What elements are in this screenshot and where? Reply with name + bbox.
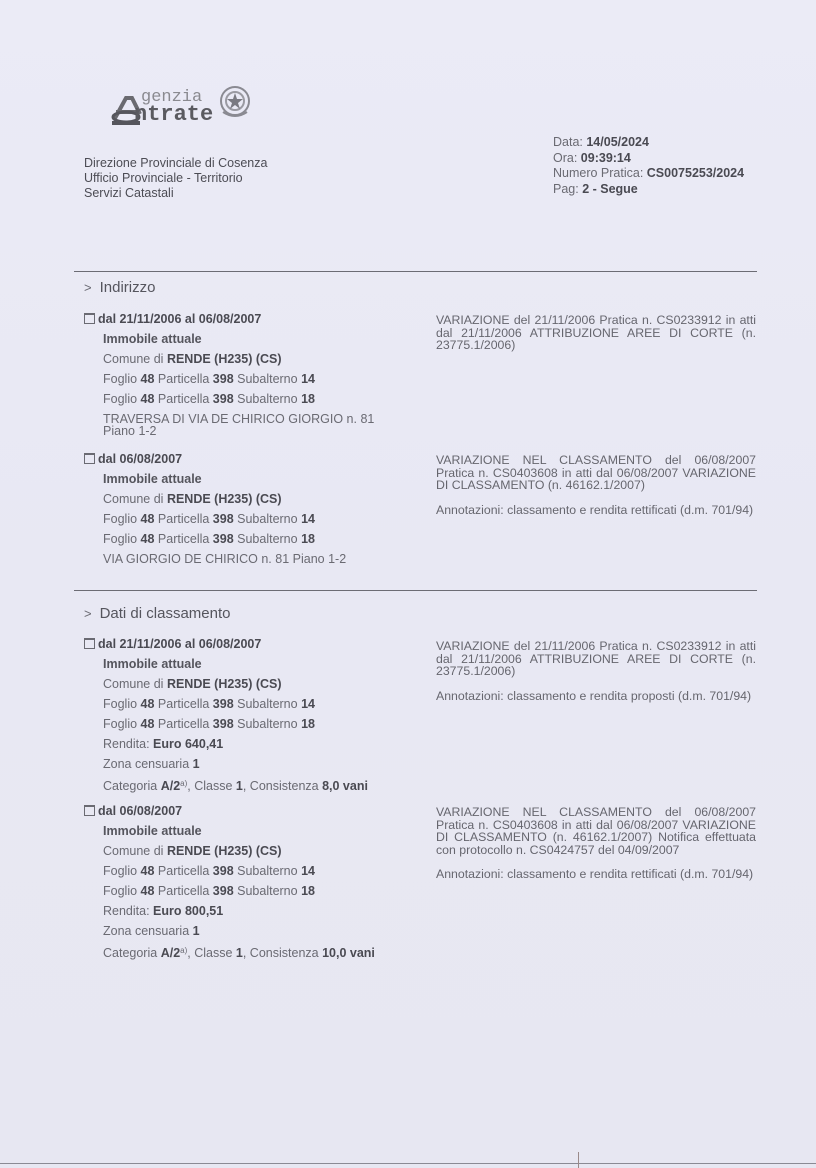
- chevron-right-icon: >: [84, 606, 92, 621]
- section-divider: [74, 271, 757, 272]
- office-block: Direzione Provinciale di Cosenza Ufficio…: [84, 156, 267, 201]
- section-title-classamento: >Dati di classamento: [84, 605, 231, 622]
- indirizzo-entry-1-notes: VARIAZIONE del 21/11/2006 Pratica n. CS0…: [436, 314, 756, 364]
- entry-variazione: VARIAZIONE NEL CLASSAMENTO del 06/08/200…: [436, 806, 756, 856]
- entry-period: dal 06/08/2007: [84, 801, 414, 821]
- entry-address: VIA GIORGIO DE CHIRICO n. 81 Piano 1-2: [84, 549, 414, 569]
- meta-ora-label: Ora:: [553, 151, 581, 165]
- entry-categoria: Categoria A/2a), Classe 1, Consistenza 8…: [84, 774, 414, 796]
- section-title-indirizzo: >Indirizzo: [84, 279, 155, 296]
- calendar-icon: [84, 453, 95, 464]
- entry-status: Immobile attuale: [84, 654, 414, 674]
- entry-parcel: Foglio 48 Particella 398 Subalterno 18: [84, 881, 414, 901]
- entry-comune: Comune di RENDE (H235) (CS): [84, 841, 414, 861]
- entry-annotazioni: Annotazioni: classamento e rendita propo…: [436, 690, 756, 703]
- entry-parcel: Foglio 48 Particella 398 Subalterno 14: [84, 369, 414, 389]
- meta-pratica-value: CS0075253/2024: [647, 166, 744, 180]
- office-servizi: Servizi Catastali: [84, 186, 267, 201]
- entry-annotazioni: Annotazioni: classamento e rendita retti…: [436, 504, 756, 517]
- indirizzo-entry-1: dal 21/11/2006 al 06/08/2007 Immobile at…: [84, 309, 414, 437]
- entry-period: dal 21/11/2006 al 06/08/2007: [84, 309, 414, 329]
- document-page: genzia ntrate Direzione Provinciale di C…: [0, 0, 816, 1168]
- agenzia-entrate-logo: genzia ntrate: [86, 82, 246, 144]
- entry-zona: Zona censuaria 1: [84, 754, 414, 774]
- entry-status: Immobile attuale: [84, 469, 414, 489]
- italian-republic-emblem-icon: [218, 84, 252, 120]
- entry-zona: Zona censuaria 1: [84, 921, 414, 941]
- indirizzo-entry-2: dal 06/08/2007 Immobile attuale Comune d…: [84, 449, 414, 569]
- calendar-icon: [84, 638, 95, 649]
- classamento-entry-2: dal 06/08/2007 Immobile attuale Comune d…: [84, 801, 414, 963]
- entry-parcel: Foglio 48 Particella 398 Subalterno 14: [84, 509, 414, 529]
- entry-rendita: Rendita: Euro 800,51: [84, 901, 414, 921]
- entry-comune: Comune di RENDE (H235) (CS): [84, 674, 414, 694]
- entry-categoria: Categoria A/2a), Classe 1, Consistenza 1…: [84, 941, 414, 963]
- meta-pag-label: Pag:: [553, 182, 582, 196]
- entry-parcel: Foglio 48 Particella 398 Subalterno 14: [84, 861, 414, 881]
- office-direzione: Direzione Provinciale di Cosenza: [84, 156, 267, 171]
- meta-data-label: Data:: [553, 135, 586, 149]
- entry-status: Immobile attuale: [84, 821, 414, 841]
- logo-word-entrate: ntrate: [134, 102, 213, 127]
- classamento-entry-1: dal 21/11/2006 al 06/08/2007 Immobile at…: [84, 634, 414, 796]
- meta-pag-value: 2 - Segue: [582, 182, 638, 196]
- entry-comune: Comune di RENDE (H235) (CS): [84, 349, 414, 369]
- entry-parcel: Foglio 48 Particella 398 Subalterno 18: [84, 389, 414, 409]
- meta-ora-value: 09:39:14: [581, 151, 631, 165]
- entry-period: dal 06/08/2007: [84, 449, 414, 469]
- meta-data-value: 14/05/2024: [586, 135, 649, 149]
- meta-pratica-row: Numero Pratica: CS0075253/2024: [553, 166, 744, 182]
- section-divider: [74, 590, 757, 591]
- entry-parcel: Foglio 48 Particella 398 Subalterno 18: [84, 714, 414, 734]
- entry-status: Immobile attuale: [84, 329, 414, 349]
- entry-variazione: VARIAZIONE del 21/11/2006 Pratica n. CS0…: [436, 640, 756, 678]
- classamento-entry-1-notes: VARIAZIONE del 21/11/2006 Pratica n. CS0…: [436, 640, 756, 714]
- meta-pag-row: Pag: 2 - Segue: [553, 182, 744, 198]
- meta-ora-row: Ora: 09:39:14: [553, 151, 744, 167]
- entry-variazione: VARIAZIONE del 21/11/2006 Pratica n. CS0…: [436, 314, 756, 352]
- entry-variazione: VARIAZIONE NEL CLASSAMENTO del 06/08/200…: [436, 454, 756, 492]
- indirizzo-entry-2-notes: VARIAZIONE NEL CLASSAMENTO del 06/08/200…: [436, 454, 756, 528]
- meta-data-row: Data: 14/05/2024: [553, 135, 744, 151]
- entry-annotazioni: Annotazioni: classamento e rendita retti…: [436, 868, 756, 881]
- chevron-right-icon: >: [84, 280, 92, 295]
- classamento-entry-2-notes: VARIAZIONE NEL CLASSAMENTO del 06/08/200…: [436, 806, 756, 893]
- entry-period: dal 21/11/2006 al 06/08/2007: [84, 634, 414, 654]
- meta-pratica-label: Numero Pratica:: [553, 166, 647, 180]
- entry-parcel: Foglio 48 Particella 398 Subalterno 18: [84, 529, 414, 549]
- calendar-icon: [84, 805, 95, 816]
- page-bottom-edge: [0, 1163, 816, 1164]
- document-meta: Data: 14/05/2024 Ora: 09:39:14 Numero Pr…: [553, 135, 744, 197]
- calendar-icon: [84, 313, 95, 324]
- entry-rendita: Rendita: Euro 640,41: [84, 734, 414, 754]
- entry-comune: Comune di RENDE (H235) (CS): [84, 489, 414, 509]
- office-ufficio: Ufficio Provinciale - Territorio: [84, 171, 267, 186]
- entry-address: TRAVERSA DI VIA DE CHIRICO GIORGIO n. 81…: [84, 409, 403, 437]
- entry-parcel: Foglio 48 Particella 398 Subalterno 14: [84, 694, 414, 714]
- scan-artifact-mark: [578, 1152, 579, 1168]
